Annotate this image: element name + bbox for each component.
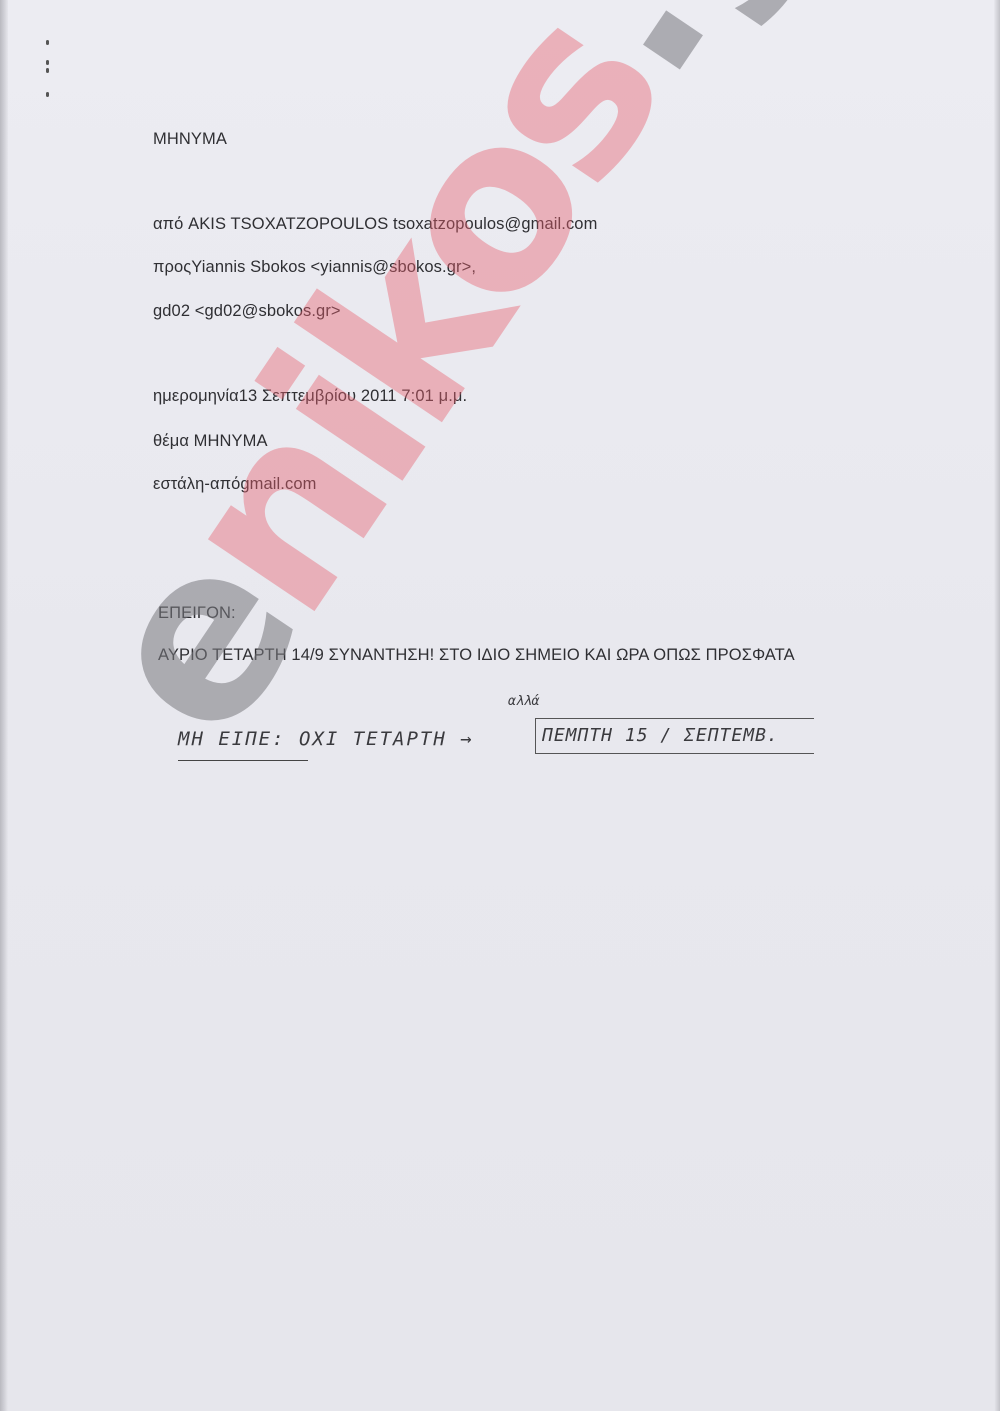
email-heading: ΜΗΝΥΜΑ: [153, 130, 227, 149]
handwritten-above-note: αλλά: [508, 694, 539, 709]
watermark-gr: .gr: [487, 0, 905, 121]
punch-mark: [46, 68, 49, 73]
email-cc: gd02 <gd02@sbokos.gr>: [153, 302, 341, 321]
punch-mark: [46, 40, 49, 45]
watermark-nikos: nikos: [124, 0, 713, 659]
handwritten-boxed-note: ΠΕΜΠΤΗ 15 / ΣΕΠΤΕΜΒ.: [535, 718, 814, 754]
punch-mark: [46, 60, 49, 65]
email-to: προςYiannis Sbokos <yiannis@sbokos.gr>,: [153, 258, 476, 277]
scan-edge-left: [0, 0, 8, 1411]
scanned-document-page: ΜΗΝΥΜΑ από AKIS TSOXATZOPOULOS tsoxatzop…: [0, 0, 1000, 1411]
punch-mark: [46, 92, 49, 97]
scan-edge-right: [994, 0, 1000, 1411]
urgent-label: ΕΠΕΙΓΟΝ:: [158, 604, 236, 623]
handwritten-note: ΜΗ ΕΙΠΕ: ΟΧΙ ΤΕΤΑΡΤΗ →: [178, 728, 474, 750]
email-from: από AKIS TSOXATZOPOULOS tsoxatzopoulos@g…: [153, 215, 597, 234]
email-body: ΑΥΡΙΟ ΤΕΤΑΡΤΗ 14/9 ΣΥΝΑΝΤΗΣΗ! ΣΤΟ ΙΔΙΟ Σ…: [158, 646, 795, 665]
email-subject: θέμα ΜΗΝΥΜΑ: [153, 432, 268, 451]
email-date: ημερομηνία13 Σεπτεμβρίου 2011 7:01 μ.μ.: [153, 387, 467, 406]
handwritten-underline: [178, 760, 308, 761]
email-sent-via: εστάλη-απόgmail.com: [153, 475, 316, 494]
